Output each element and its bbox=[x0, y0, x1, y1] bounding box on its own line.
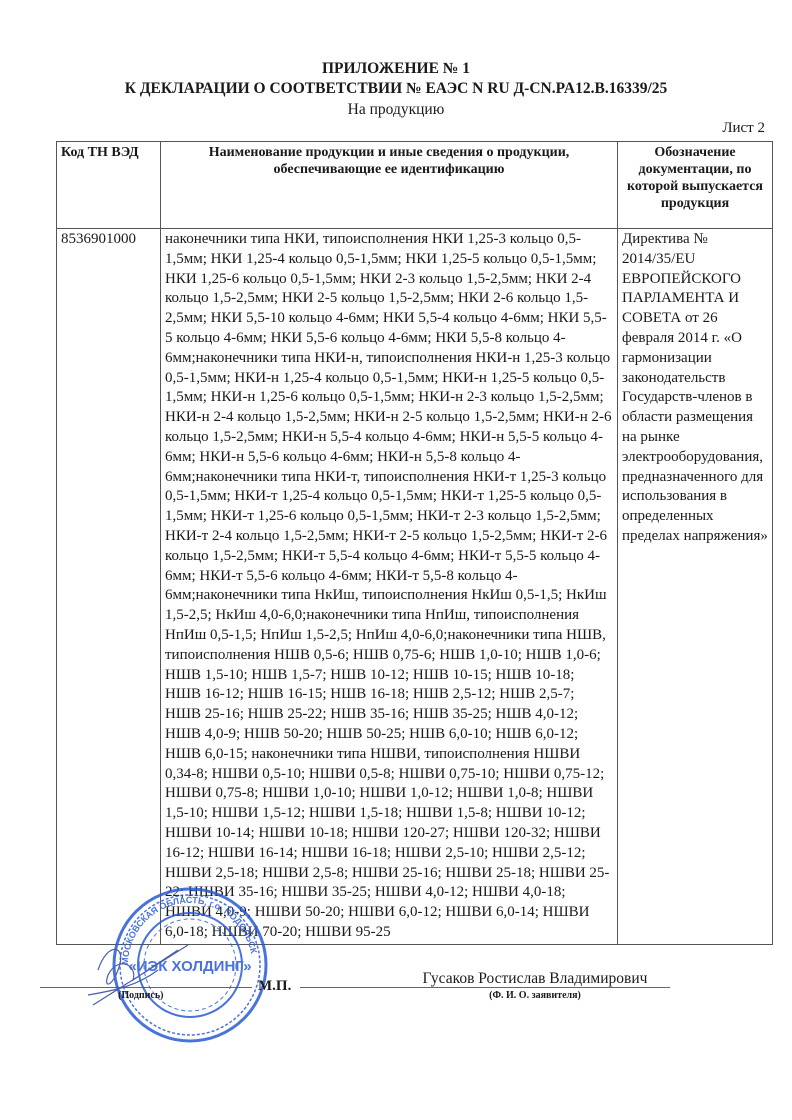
signature-caption: (Подпись) bbox=[118, 990, 163, 1001]
column-header-documentation: Обозначение документации, по которой вып… bbox=[618, 142, 773, 229]
products-table: Код ТН ВЭД Наименование продукции и иные… bbox=[56, 141, 773, 945]
column-header-description: Наименование продукции и иные сведения о… bbox=[161, 142, 618, 229]
cell-documentation: Директива № 2014/35/EU ЕВРОПЕЙСКОГО ПАРЛ… bbox=[618, 229, 773, 945]
applicant-name: Гусаков Ростислав Владимирович bbox=[380, 970, 690, 988]
signature-scribble bbox=[78, 930, 208, 1020]
product-line: На продукцию bbox=[0, 101, 792, 119]
table-header-row: Код ТН ВЭД Наименование продукции и иные… bbox=[57, 142, 773, 229]
cell-code: 8536901000 bbox=[57, 229, 161, 945]
declaration-title: К ДЕКЛАРАЦИИ О СООТВЕТСТВИИ № ЕАЭС N RU … bbox=[0, 80, 792, 98]
applicant-caption: (Ф. И. О. заявителя) bbox=[380, 990, 690, 1001]
sheet-number: Лист 2 bbox=[722, 120, 765, 137]
stamp-place-label: М.П. bbox=[258, 978, 291, 995]
column-header-code: Код ТН ВЭД bbox=[57, 142, 161, 229]
cell-description: наконечники типа НКИ, типоисполнения НКИ… bbox=[161, 229, 618, 945]
table-row: 8536901000 наконечники типа НКИ, типоисп… bbox=[57, 229, 773, 945]
appendix-title: ПРИЛОЖЕНИЕ № 1 bbox=[0, 60, 792, 78]
